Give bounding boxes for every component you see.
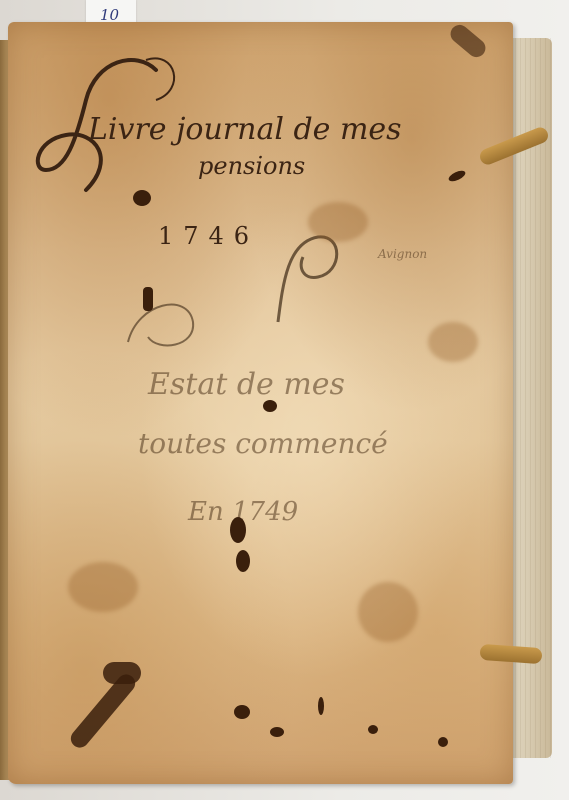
marginal-note: Avignon <box>378 247 427 261</box>
flourish-d-icon <box>108 282 208 362</box>
title-line-2: pensions <box>198 152 305 180</box>
water-stain <box>68 562 138 612</box>
ink-smear <box>103 662 141 684</box>
ink-stain <box>263 400 277 412</box>
lower-line-2: toutes commencé <box>138 427 388 460</box>
ink-stain <box>318 697 324 715</box>
ink-stain <box>438 737 448 747</box>
ink-stain <box>234 705 250 719</box>
water-stain <box>358 582 418 642</box>
ink-stain <box>270 727 284 737</box>
parchment-cover: Livre journal de mes pensions 1746 Avign… <box>8 22 513 784</box>
ink-stain <box>447 169 467 184</box>
lower-line-1: Estat de mes <box>148 367 345 402</box>
ink-smear <box>447 21 489 61</box>
water-stain <box>428 322 478 362</box>
ink-stain <box>236 550 250 572</box>
ink-stain <box>230 517 246 543</box>
ink-stain <box>133 190 151 206</box>
ink-stain <box>368 725 378 734</box>
year-1746: 1746 <box>158 222 259 250</box>
title-line-1: Livre journal de mes <box>88 112 402 147</box>
ink-stain <box>143 287 153 311</box>
water-stain <box>308 202 368 242</box>
